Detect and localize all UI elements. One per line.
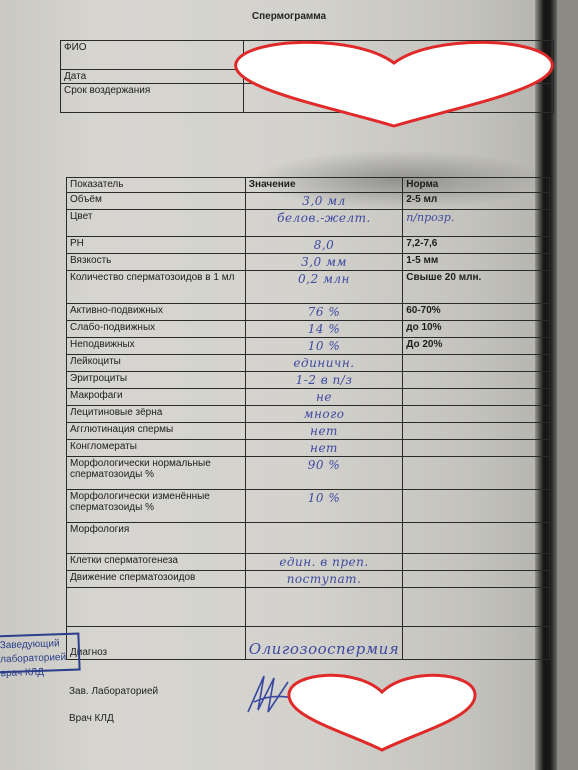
norm-cell — [403, 423, 550, 440]
date-label: Дата — [61, 70, 244, 84]
value-cell: 10 % — [245, 338, 402, 355]
value-cell: нет — [245, 440, 402, 457]
norm-cell — [403, 457, 550, 490]
indicator-cell — [67, 588, 246, 627]
norm-cell: 7,2-7,6 — [403, 237, 550, 254]
value-cell — [245, 588, 402, 627]
value-cell: 14 % — [245, 321, 402, 338]
table-row: Количество сперматозоидов в 1 мл0,2 млнС… — [67, 271, 550, 304]
indicator-cell: Морфология — [67, 523, 246, 554]
indicator-cell: Морфологически изменённые сперматозоиды … — [67, 490, 246, 523]
value-cell: 3,0 мм — [245, 254, 402, 271]
head-of-lab-label: Зав. Лабораторией — [69, 686, 158, 697]
indicator-cell: Лейкоциты — [67, 355, 246, 372]
value-cell: 8,0 — [245, 237, 402, 254]
norm-cell — [403, 523, 550, 554]
results-table: Показатель Значение Норма Объём3,0 мл2-5… — [66, 177, 550, 660]
norm-cell: п/прозр. — [403, 210, 550, 237]
redaction-heart-icon — [286, 672, 478, 752]
indicator-cell: Диагноз — [67, 627, 246, 660]
norm-cell — [403, 440, 550, 457]
doctor-label: Врач КЛД — [69, 713, 114, 724]
norm-cell: до 10% — [403, 321, 550, 338]
indicator-cell: Лецитиновые зёрна — [67, 406, 246, 423]
norm-cell: 2-5 мл — [403, 193, 550, 210]
stamp-line-2: лабораторией врач КЛД — [0, 651, 75, 682]
indicator-cell: Вязкость — [67, 254, 246, 271]
indicator-cell: Цвет — [67, 210, 246, 237]
stamp: Заведующий лабораторией врач КЛД — [0, 633, 81, 674]
norm-cell — [403, 490, 550, 523]
header-indicator: Показатель — [67, 178, 246, 193]
indicator-cell: Количество сперматозоидов в 1 мл — [67, 271, 246, 304]
value-cell: 76 % — [245, 304, 402, 321]
norm-cell — [403, 554, 550, 571]
indicator-cell: Макрофаги — [67, 389, 246, 406]
value-cell — [245, 523, 402, 554]
norm-cell — [403, 389, 550, 406]
indicator-cell: Клетки сперматогенеза — [67, 554, 246, 571]
table-row: Лецитиновые зёрнамного — [67, 406, 550, 423]
table-row: Вязкость3,0 мм1-5 мм — [67, 254, 550, 271]
indicator-cell: Морфологически нормальные сперматозоиды … — [67, 457, 246, 490]
table-row: Движение сперматозоидовпоступат. — [67, 571, 550, 588]
table-row: Макрофагине — [67, 389, 550, 406]
value-cell: 90 % — [245, 457, 402, 490]
table-row: PH8,07,2-7,6 — [67, 237, 550, 254]
table-row: Эритроциты1-2 в п/з — [67, 372, 550, 389]
abstinence-label: Срок воздержания — [61, 84, 244, 113]
table-row: ДиагнозОлигозооспермия — [67, 627, 550, 660]
norm-cell — [403, 627, 550, 660]
norm-cell — [403, 571, 550, 588]
table-row: Морфологически изменённые сперматозоиды … — [67, 490, 550, 523]
document-title: Спермограмма — [0, 11, 578, 22]
value-cell: един. в преп. — [245, 554, 402, 571]
table-row — [67, 588, 550, 627]
value-cell: 1-2 в п/з — [245, 372, 402, 389]
table-row: Активно-подвижных76 %60-70% — [67, 304, 550, 321]
value-cell: много — [245, 406, 402, 423]
value-cell: 10 % — [245, 490, 402, 523]
table-row: Неподвижных10 %До 20% — [67, 338, 550, 355]
header-norm: Норма — [403, 178, 550, 193]
header-value: Значение — [245, 178, 402, 193]
indicator-cell: Активно-подвижных — [67, 304, 246, 321]
table-row: Цветбелов.-желт.п/прозр. — [67, 210, 550, 237]
indicator-cell: Слабо-подвижных — [67, 321, 246, 338]
norm-cell: 1-5 мм — [403, 254, 550, 271]
value-cell: Олигозооспермия — [245, 627, 402, 660]
value-cell: 0,2 млн — [245, 271, 402, 304]
indicator-cell: Объём — [67, 193, 246, 210]
indicator-cell: PH — [67, 237, 246, 254]
table-row: Объём3,0 мл2-5 мл — [67, 193, 550, 210]
value-cell: поступат. — [245, 571, 402, 588]
results-header-row: Показатель Значение Норма — [67, 178, 550, 193]
value-cell: нет — [245, 423, 402, 440]
norm-cell — [403, 355, 550, 372]
table-row: Лейкоцитыединичн. — [67, 355, 550, 372]
indicator-cell: Движение сперматозоидов — [67, 571, 246, 588]
norm-cell: До 20% — [403, 338, 550, 355]
value-cell: единичн. — [245, 355, 402, 372]
table-row: Морфологически нормальные сперматозоиды … — [67, 457, 550, 490]
norm-cell — [403, 588, 550, 627]
norm-cell: 60-70% — [403, 304, 550, 321]
indicator-cell: Неподвижных — [67, 338, 246, 355]
value-cell: 3,0 мл — [245, 193, 402, 210]
redaction-heart-icon — [234, 38, 554, 128]
indicator-cell: Агглютинация спермы — [67, 423, 246, 440]
table-row: Агглютинация спермынет — [67, 423, 550, 440]
value-cell: не — [245, 389, 402, 406]
fio-label: ФИО — [61, 41, 244, 70]
norm-cell — [403, 406, 550, 423]
indicator-cell: Эритроциты — [67, 372, 246, 389]
indicator-cell: Конгломераты — [67, 440, 246, 457]
table-row: Конгломератынет — [67, 440, 550, 457]
value-cell: белов.-желт. — [245, 210, 402, 237]
table-row: Слабо-подвижных14 %до 10% — [67, 321, 550, 338]
table-row: Морфология — [67, 523, 550, 554]
norm-cell: Свыше 20 млн. — [403, 271, 550, 304]
table-row: Клетки сперматогенезаедин. в преп. — [67, 554, 550, 571]
norm-cell — [403, 372, 550, 389]
